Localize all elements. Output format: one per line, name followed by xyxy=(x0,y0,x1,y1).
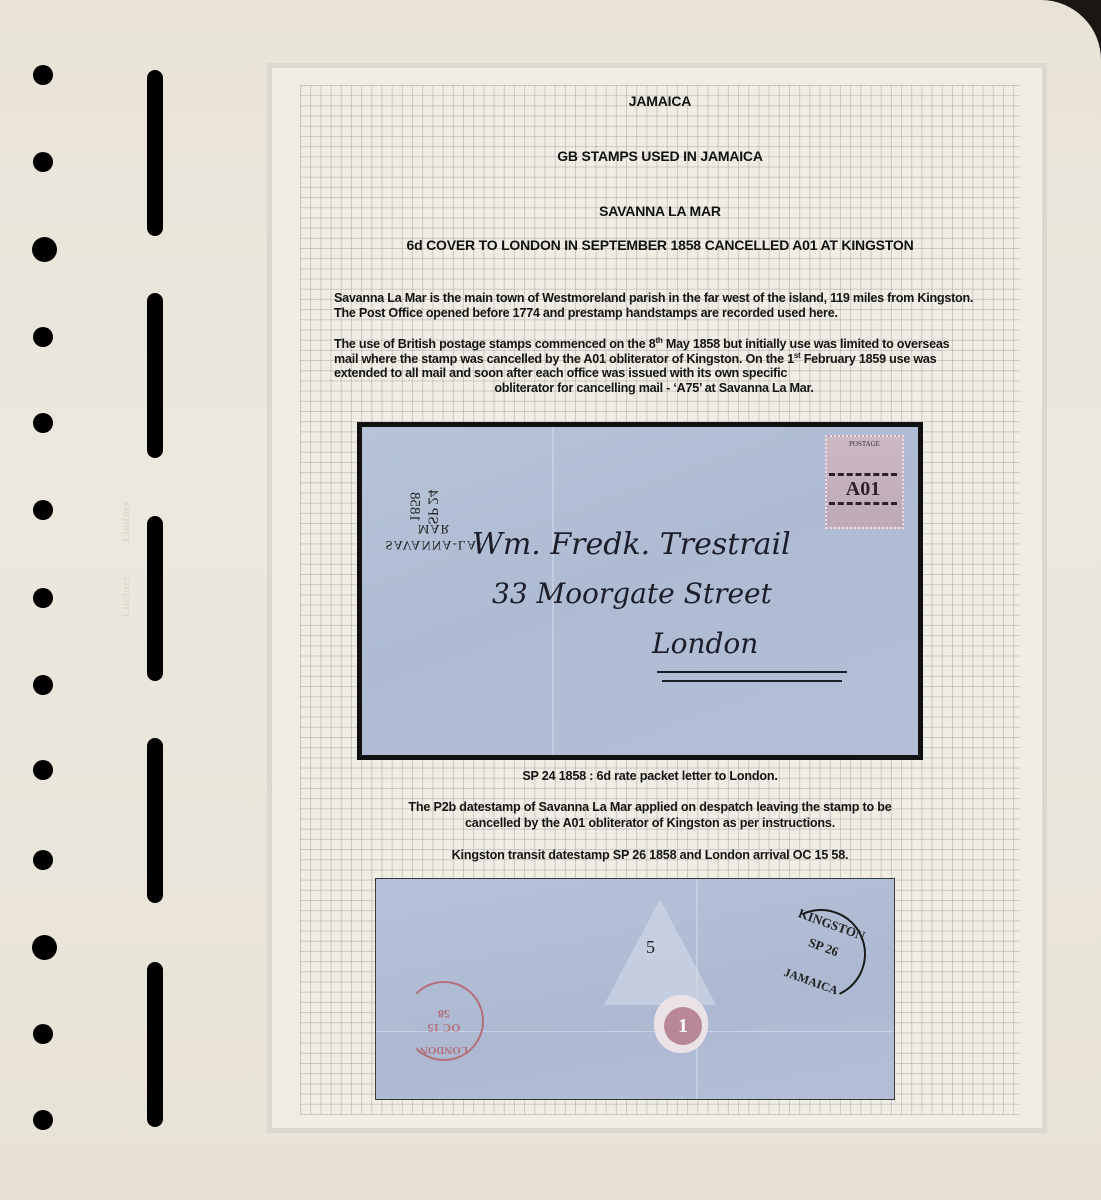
binder-hole xyxy=(33,65,53,85)
datestamp-year: 58 xyxy=(406,1007,482,1021)
intro-paragraph-1: Savanna La Mar is the main town of Westm… xyxy=(334,291,974,320)
section-title: SAVANNA LA MAR xyxy=(300,203,1020,219)
address-underline xyxy=(657,671,847,673)
binder-hole xyxy=(33,760,53,780)
ordinal-suffix: th xyxy=(656,336,663,345)
binder-hole xyxy=(33,327,53,347)
postage-stamp-6d: POSTAGE A01 xyxy=(825,435,904,529)
caption-transit-note: Kingston transit datestamp SP 26 1858 an… xyxy=(340,848,960,864)
datestamp-inner: OC 15 58 xyxy=(406,1007,482,1035)
watermark-text: Lindner xyxy=(120,575,132,617)
page-subtitle: GB STAMPS USED IN JAMAICA xyxy=(300,148,1020,164)
address-underline xyxy=(662,680,842,682)
paragraph-last-line: obliterator for cancelling mail - ‘A75’ … xyxy=(334,381,974,396)
binder-slot xyxy=(147,70,163,236)
binder-slot xyxy=(147,962,163,1127)
binder-slot xyxy=(147,516,163,681)
paragraph-text: The use of British postage stamps commen… xyxy=(334,337,656,351)
binder-hole xyxy=(33,152,53,172)
kingston-transit-datestamp: KINGSTON SP 26 JAMAICA xyxy=(763,896,878,1011)
binder-hole xyxy=(33,500,53,520)
watermark-text: Lindner xyxy=(120,500,132,542)
a01-obliterator: A01 xyxy=(829,473,897,505)
binder-hole xyxy=(33,413,53,433)
savanna-la-mar-datestamp: SAVANNA-LA-MAR SP 24 1858 xyxy=(384,457,484,557)
datestamp-year: 1858 xyxy=(405,490,423,525)
binder-hole xyxy=(32,935,57,960)
london-arrival-datestamp: LONDON OC 15 58 xyxy=(404,981,484,1061)
album-watermark: Lindner Lindner xyxy=(120,500,132,647)
caption-date-rate: SP 24 1858 : 6d rate packet letter to Lo… xyxy=(340,769,960,785)
datestamp-country: JAMAICA xyxy=(768,960,854,1004)
intro-paragraph-2: The use of British postage stamps commen… xyxy=(334,337,974,395)
datestamp-town: LONDON xyxy=(406,1044,482,1056)
stamp-label: POSTAGE xyxy=(827,440,902,448)
address-line-3: London xyxy=(652,627,758,660)
flap-manuscript-mark: 5 xyxy=(646,937,655,958)
back-cover-mount: 5 1 KINGSTON SP 26 JAMAICA LONDON OC 15 … xyxy=(375,878,895,1100)
binder-hole xyxy=(33,1024,53,1044)
album-page: Lindner Lindner JAMAICA GB STAMPS USED I… xyxy=(0,0,1101,1200)
binder-hole xyxy=(33,1110,53,1130)
binder-hole xyxy=(32,237,57,262)
front-cover-image: POSTAGE A01 SAVANNA-LA-MAR SP 24 1858 Wm… xyxy=(362,427,918,755)
envelope-flap xyxy=(604,899,716,1005)
binder-slot xyxy=(147,738,163,903)
caption-datestamp-note: The P2b datestamp of Savanna La Mar appl… xyxy=(400,800,900,831)
datestamp-inner: SP 24 1858 xyxy=(405,490,441,525)
back-cover-image: 5 1 KINGSTON SP 26 JAMAICA LONDON OC 15 … xyxy=(376,879,894,1099)
datestamp-date: SP 24 xyxy=(423,490,441,525)
datestamp-date: OC 15 xyxy=(406,1021,482,1035)
embossed-seal: 1 xyxy=(664,1007,702,1045)
address-line-2: 33 Moorgate Street xyxy=(492,577,772,610)
cover-headline: 6d COVER TO LONDON IN SEPTEMBER 1858 CAN… xyxy=(300,237,1020,253)
address-line-1: Wm. Fredk. Trestrail xyxy=(472,527,791,562)
front-cover-mount: POSTAGE A01 SAVANNA-LA-MAR SP 24 1858 Wm… xyxy=(357,422,923,760)
binder-hole xyxy=(33,675,53,695)
binder-slot xyxy=(147,293,163,458)
page-title: JAMAICA xyxy=(300,93,1020,109)
datestamp-ring-text: SAVANNA-LA-MAR xyxy=(384,521,484,553)
binder-hole xyxy=(33,588,53,608)
binder-hole xyxy=(33,850,53,870)
